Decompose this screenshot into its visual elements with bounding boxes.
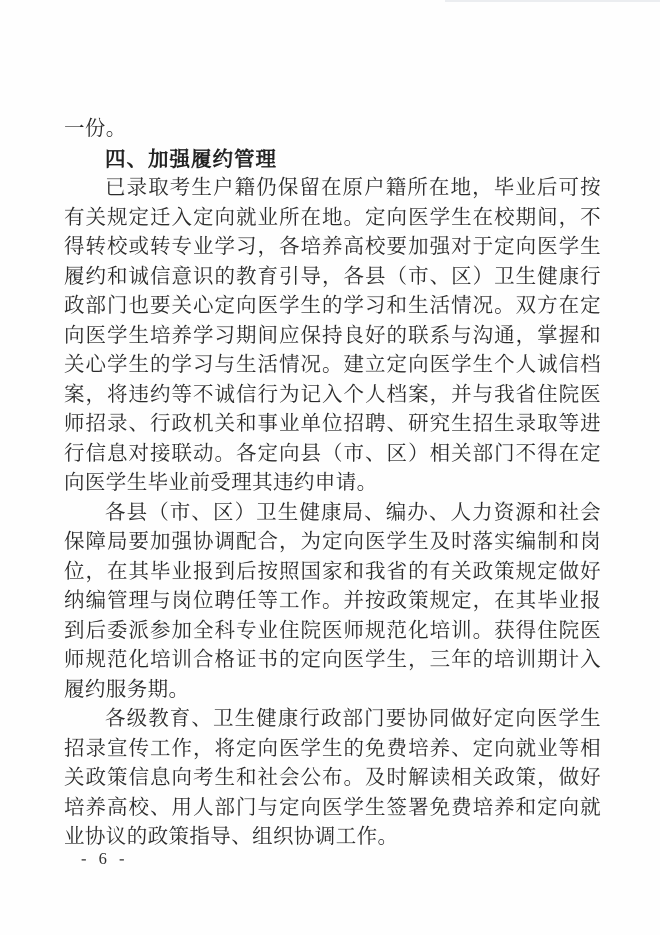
document-content: 一份。 四、加强履约管理 已录取考生户籍仍保留在原户籍所在地，毕业后可按有关规定… <box>64 115 601 853</box>
paragraph-policy-publicity: 各级教育、卫生健康行政部门要协同做好定向医学生招录宣传工作，将定向医学生的免费培… <box>64 705 601 853</box>
section-heading: 四、加强履约管理 <box>64 145 601 175</box>
paragraph-staffing-posts: 各县（市、区）卫生健康局、编办、人力资源和社会保障局要加强协调配合，为定向医学生… <box>64 499 601 706</box>
page-number: - 6 - <box>81 849 129 869</box>
scan-artifact-line <box>445 0 660 2</box>
document-page: 一份。 四、加强履约管理 已录取考生户籍仍保留在原户籍所在地，毕业后可按有关规定… <box>0 0 660 935</box>
continuation-text: 一份。 <box>64 115 601 145</box>
paragraph-contract-management: 已录取考生户籍仍保留在原户籍所在地，毕业后可按有关规定迁入定向就业所在地。定向医… <box>64 174 601 499</box>
